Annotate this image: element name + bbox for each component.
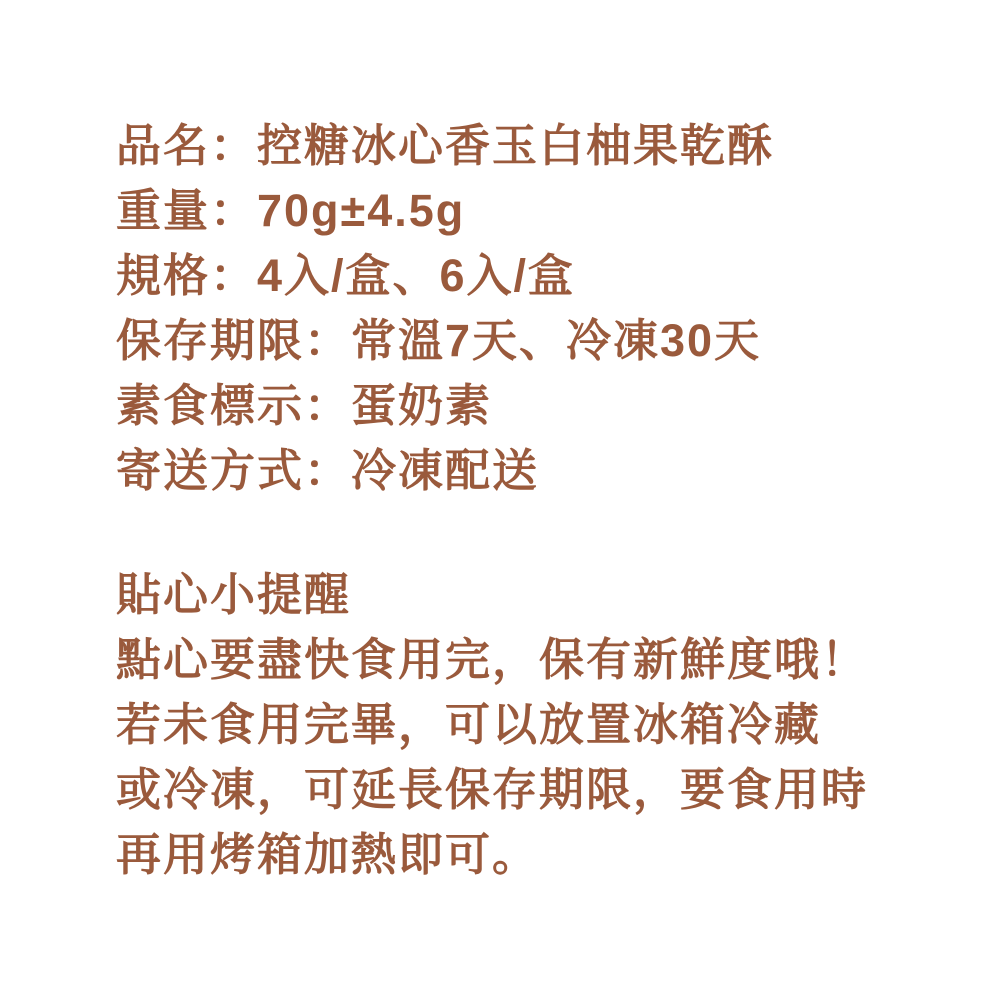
spec-format: 規格：4入/盒、6入/盒 <box>116 243 936 308</box>
spec-shipping-method: 寄送方式：冷凍配送 <box>116 438 936 503</box>
reminder-line-2: 若未食用完畢，可以放置冰箱冷藏 <box>116 692 936 757</box>
reminder-title: 貼心小提醒 <box>116 562 936 627</box>
reminder-section: 貼心小提醒 點心要盡快食用完，保有新鮮度哦！ 若未食用完畢，可以放置冰箱冷藏 或… <box>116 562 936 887</box>
reminder-line-3: 或冷凍，可延長保存期限，要食用時 <box>116 757 936 822</box>
spec-shelf-life: 保存期限：常溫7天、冷凍30天 <box>116 308 936 373</box>
spec-product-name: 品名：控糖冰心香玉白柚果乾酥 <box>116 113 936 178</box>
product-spec-list: 品名：控糖冰心香玉白柚果乾酥 重量：70g±4.5g 規格：4入/盒、6入/盒 … <box>116 113 936 503</box>
product-info-sheet: 品名：控糖冰心香玉白柚果乾酥 重量：70g±4.5g 規格：4入/盒、6入/盒 … <box>116 113 936 887</box>
spec-weight: 重量：70g±4.5g <box>116 178 936 243</box>
reminder-line-4: 再用烤箱加熱即可。 <box>116 822 936 887</box>
spec-vegetarian-label: 素食標示：蛋奶素 <box>116 373 936 438</box>
reminder-line-1: 點心要盡快食用完，保有新鮮度哦！ <box>116 627 936 692</box>
